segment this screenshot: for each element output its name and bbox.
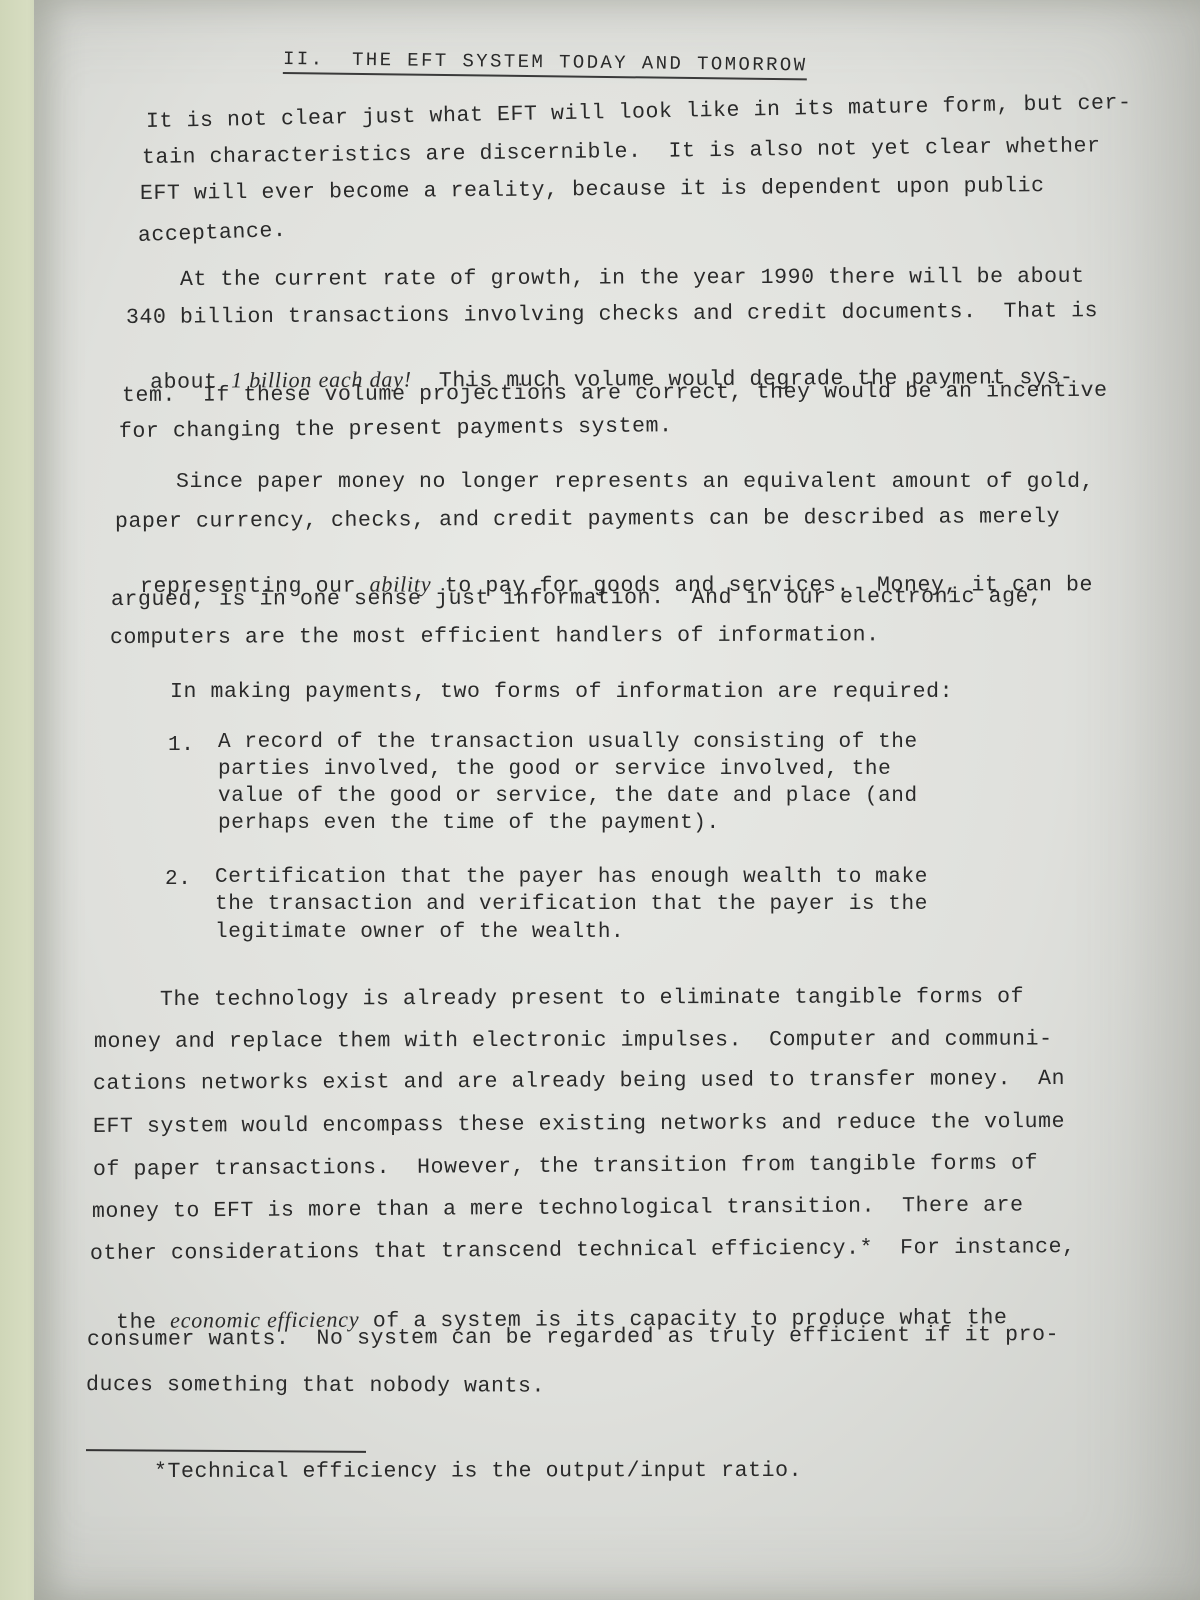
- p4-line-1: In making payments, two forms of informa…: [170, 680, 953, 704]
- p5-line-4: EFT system would encompass these existin…: [93, 1110, 1065, 1139]
- p5-line-9: consumer wants. No system can be regarde…: [87, 1323, 1059, 1352]
- list-item-1-line-1: A record of the transaction usually cons…: [218, 731, 918, 754]
- p3-line-2: paper currency, checks, and credit payme…: [115, 505, 1060, 534]
- list-item-2-line-1: Certification that the payer has enough …: [215, 866, 928, 889]
- list-item-2-line-3: legitimate owner of the wealth.: [215, 921, 624, 944]
- p3-line-4: argued, is in one sense just information…: [111, 585, 1043, 612]
- footnote: *Technical efficiency is the output/inpu…: [154, 1459, 802, 1484]
- p5-line-3: cations networks exist and are already b…: [93, 1067, 1065, 1096]
- list-item-1-line-2: parties involved, the good or service in…: [218, 758, 891, 781]
- p3-line-1: Since paper money no longer represents a…: [176, 470, 1094, 494]
- list-item-1-number: 1.: [168, 734, 194, 757]
- p2-line-1: At the current rate of growth, in the ye…: [180, 265, 1085, 292]
- p5-line-1: The technology is already present to eli…: [160, 985, 1024, 1012]
- list-item-1-line-3: value of the good or service, the date a…: [218, 785, 918, 808]
- p5-line-2: money and replace them with electronic i…: [94, 1027, 1053, 1054]
- list-item-1-line-4: perhaps even the time of the payment).: [218, 812, 720, 835]
- p3-line-5: computers are the most efficient handler…: [110, 623, 880, 650]
- list-item-2-line-2: the transaction and verification that th…: [215, 893, 928, 916]
- p5-line-10: duces something that nobody wants.: [86, 1373, 545, 1399]
- list-item-2-number: 2.: [165, 868, 191, 891]
